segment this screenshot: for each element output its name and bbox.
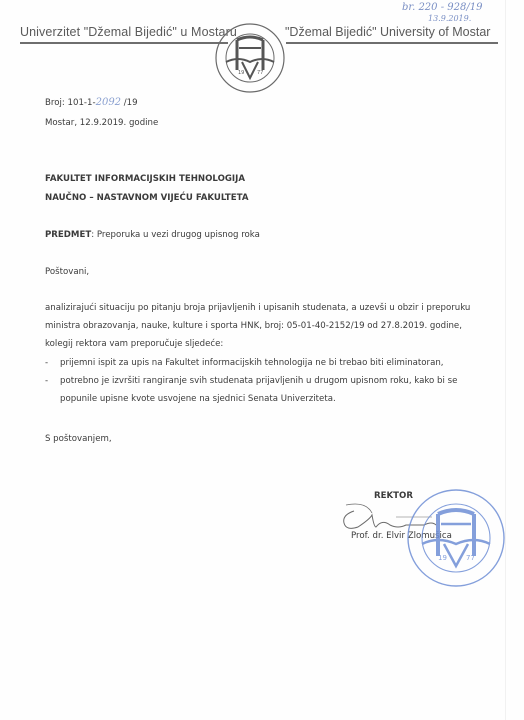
salutation: Poštovani, xyxy=(45,267,89,277)
page-edge xyxy=(505,0,506,720)
reference-suffix: /19 xyxy=(121,98,138,108)
recommendation-2-text-line-2: popunile upisne kvote usvojene na sjedni… xyxy=(60,394,336,404)
subject-label: PREDMET xyxy=(45,230,91,240)
reference-prefix: Broj: 101-1- xyxy=(45,98,96,108)
subject-text: : Preporuka u vezi drugog upisnog roka xyxy=(91,230,260,240)
recommendation-1-marker: - xyxy=(45,358,48,368)
svg-text:77: 77 xyxy=(257,70,263,76)
reference-number: Broj: 101-1-2092 /19 xyxy=(45,97,138,108)
letterhead-rule-left xyxy=(20,42,228,44)
university-seal-icon: 19 77 xyxy=(214,22,286,94)
body-line-2: ministra obrazovanja, nauke, kulture i s… xyxy=(45,321,462,331)
closing: S poštovanjem, xyxy=(45,434,112,444)
recipient-faculty: FAKULTET INFORMACIJSKIH TEHNOLOGIJA xyxy=(45,174,245,184)
handwritten-registry-date: 13.9.2019. xyxy=(428,14,471,23)
letterhead-title-local: Univerzitet "Džemal Bijedić" u Mostaru xyxy=(20,25,237,39)
reference-handwritten-number: 2092 xyxy=(96,97,121,108)
letterhead-rule-right xyxy=(286,42,498,44)
handwritten-registry-number: br. 220 - 928/19 xyxy=(402,2,482,13)
recommendation-2-text-line-1: potrebno je izvršiti rangiranje svih stu… xyxy=(60,376,457,386)
recommendation-1-text: prijemni ispit za upis na Fakultet infor… xyxy=(60,358,444,368)
recipient-council: NAUČNO – NASTAVNOM VIJEĆU FAKULTETA xyxy=(45,193,248,203)
letterhead-title-english: "Džemal Bijedić" University of Mostar xyxy=(285,25,490,39)
official-stamp-icon: 19 77 xyxy=(404,486,508,590)
subject-line: PREDMET: Preporuka u vezi drugog upisnog… xyxy=(45,230,260,240)
svg-text:77: 77 xyxy=(466,554,475,562)
date-line: Mostar, 12.9.2019. godine xyxy=(45,118,158,128)
body-line-3: kolegij rektora vam preporučuje sljedeće… xyxy=(45,339,223,349)
svg-text:19: 19 xyxy=(438,554,447,562)
svg-text:19: 19 xyxy=(238,70,244,76)
body-line-1: analizirajući situaciju po pitanju broja… xyxy=(45,303,470,313)
recommendation-2-marker: - xyxy=(45,376,48,386)
